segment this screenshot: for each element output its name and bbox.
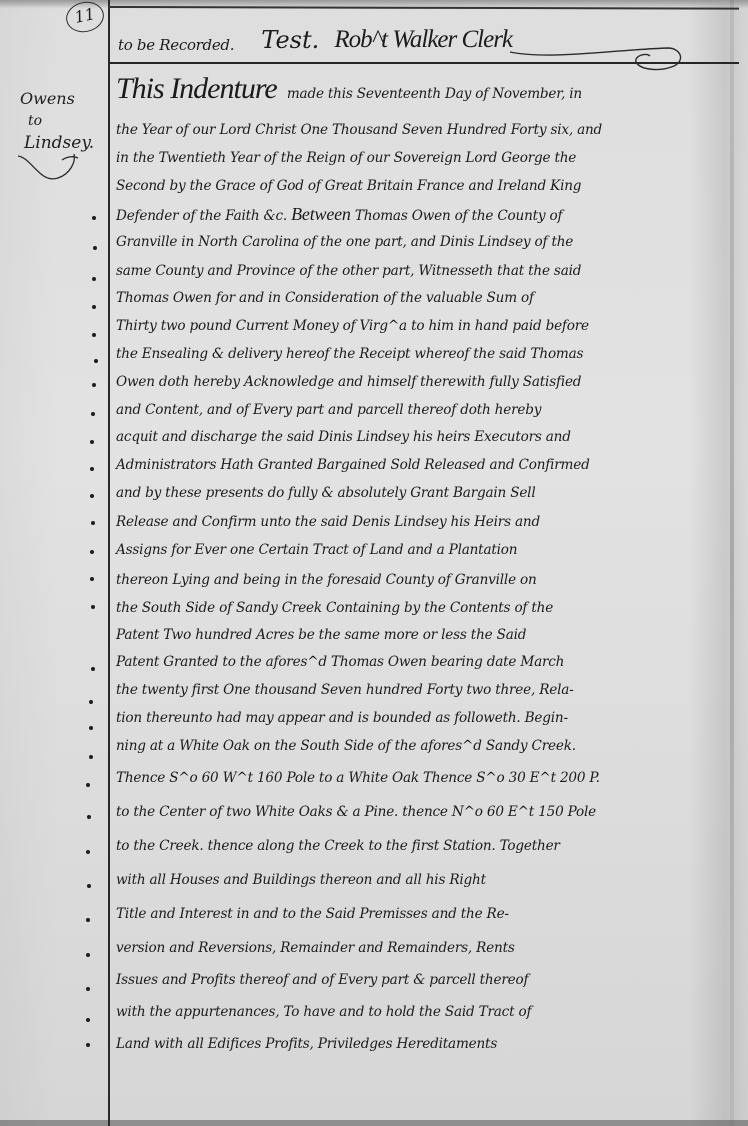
- deed-line: This Indenture made this Seventeenth Day…: [116, 72, 582, 106]
- deed-line-text: Thomas Owen of the County of: [355, 208, 563, 224]
- page-bottom-edge: [0, 1120, 748, 1126]
- deed-line: and Content, and of Every part and parce…: [116, 402, 541, 418]
- deed-line: Issues and Profits thereof and of Every …: [116, 972, 528, 988]
- deed-line: thereon Lying and being in the foresaid …: [116, 572, 537, 588]
- line-dot: [92, 333, 96, 337]
- deed-line: with the appurtenances, To have and to h…: [116, 1004, 531, 1020]
- page-fold-shadow: [730, 0, 734, 1126]
- test-label: Test.: [261, 26, 319, 54]
- deed-line: Thomas Owen for and in Consideration of …: [116, 290, 534, 306]
- line-dot: [86, 850, 90, 854]
- line-dot: [90, 494, 94, 498]
- line-dot: [89, 726, 93, 730]
- line-dot: [86, 1018, 90, 1022]
- line-dot: [86, 918, 90, 922]
- line-dot: [91, 667, 95, 671]
- recorded-note: to be Recorded.: [118, 36, 234, 54]
- deed-line: Owen doth hereby Acknowledge and himself…: [116, 374, 581, 390]
- line-dot: [92, 305, 96, 309]
- line-dot: [90, 577, 94, 581]
- deed-line: Administrators Hath Granted Bargained So…: [116, 457, 590, 473]
- deed-line: Thirty two pound Current Money of Virg^a…: [116, 318, 589, 334]
- line-dot: [86, 953, 90, 957]
- line-dot: [90, 440, 94, 444]
- line-dot: [94, 359, 98, 363]
- deed-line: Assigns for Ever one Certain Tract of La…: [116, 542, 517, 558]
- deed-line: the Year of our Lord Christ One Thousand…: [116, 122, 602, 138]
- top-rule: [109, 6, 739, 9]
- deed-line: tion thereunto had may appear and is bou…: [116, 710, 568, 726]
- deed-line: the twenty first One thousand Seven hund…: [116, 682, 574, 698]
- line-dot: [92, 277, 96, 281]
- line-dot: [86, 987, 90, 991]
- deed-line: the South Side of Sandy Creek Containing…: [116, 600, 553, 616]
- deed-line: ning at a White Oak on the South Side of…: [116, 738, 576, 754]
- deed-page: 11 to be Recorded. Test. Rob^t Walker Cl…: [0, 0, 748, 1126]
- deed-line: Release and Confirm unto the said Denis …: [116, 514, 540, 530]
- deed-line: the Ensealing & delivery hereof the Rece…: [116, 346, 583, 362]
- line-dot: [89, 755, 93, 759]
- deed-line: Defender of the Faith &c. Between Thomas…: [116, 204, 562, 225]
- margin-rule: [108, 0, 110, 1126]
- line-dot: [86, 783, 90, 787]
- deed-line: Land with all Edifices Profits, Priviled…: [116, 1036, 497, 1052]
- deed-line: Patent Granted to the afores^d Thomas Ow…: [116, 654, 564, 670]
- deed-line: Second by the Grace of God of Great Brit…: [116, 178, 581, 194]
- opening-words: This Indenture: [116, 72, 277, 105]
- deed-line: acquit and discharge the said Dinis Lind…: [116, 429, 571, 445]
- line-dot: [91, 521, 95, 525]
- clerk-signature: Rob^t Walker Clerk: [334, 26, 512, 53]
- deed-line: Thence S^o 60 W^t 160 Pole to a White Oa…: [116, 770, 600, 786]
- deed-line-text: made this Seventeenth Day of November, i…: [287, 86, 582, 102]
- deed-line: in the Twentieth Year of the Reign of ou…: [116, 150, 576, 166]
- line-marker-dots: [82, 0, 102, 1126]
- line-dot: [91, 412, 95, 416]
- deed-line: and by these presents do fully & absolut…: [116, 485, 535, 501]
- deed-line: to the Creek. thence along the Creek to …: [116, 838, 560, 854]
- deed-line-text: Defender of the Faith &c.: [116, 208, 287, 224]
- line-dot: [90, 550, 94, 554]
- deed-line: Title and Interest in and to the Said Pr…: [116, 906, 509, 922]
- between-word: Between: [291, 204, 351, 224]
- line-dot: [86, 1043, 90, 1047]
- deed-line: to the Center of two White Oaks & a Pine…: [116, 804, 596, 820]
- deed-line: version and Reversions, Remainder and Re…: [116, 940, 515, 956]
- deed-line: Patent Two hundred Acres be the same mor…: [116, 627, 526, 643]
- line-dot: [92, 216, 96, 220]
- line-dot: [90, 467, 94, 471]
- line-dot: [87, 884, 91, 888]
- line-dot: [89, 700, 93, 704]
- line-dot: [93, 246, 97, 250]
- deed-line: same County and Province of the other pa…: [116, 263, 581, 279]
- line-dot: [92, 383, 96, 387]
- deed-line: Granville in North Carolina of the one p…: [116, 234, 573, 250]
- line-dot: [87, 815, 91, 819]
- line-dot: [91, 605, 95, 609]
- deed-line: with all Houses and Buildings thereon an…: [116, 872, 486, 888]
